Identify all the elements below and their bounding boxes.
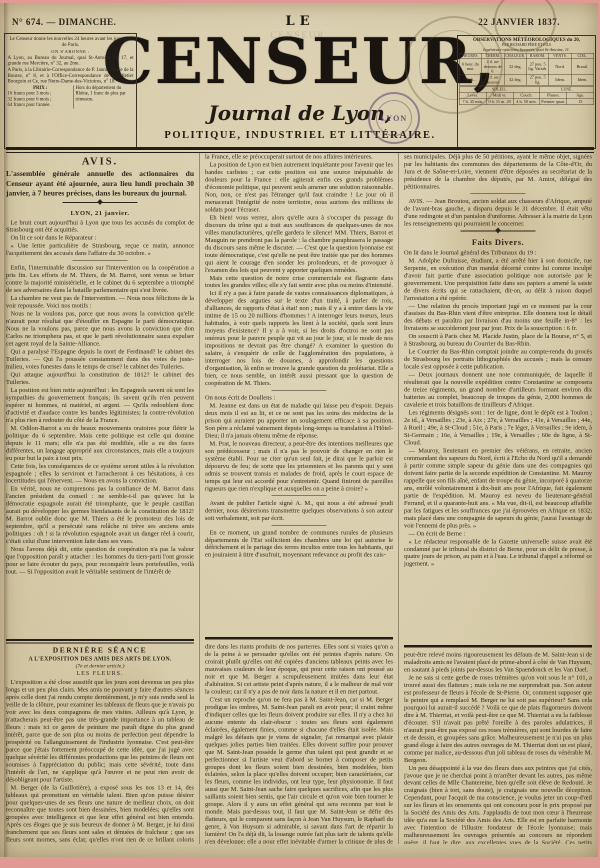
subscription-box: Le Censeur donne les nouvelles 24 heures…: [4, 33, 137, 149]
paragraph: Ici il n'y a pas à faire parade de vaste…: [205, 290, 393, 387]
paragraph: La chambre ne veut pas de l'intervention…: [6, 295, 194, 310]
moon-value: Premier quart.: [540, 99, 567, 105]
paragraph: La position est bien nette aujourd'hui :…: [6, 386, 194, 423]
feuilleton-rule: [205, 637, 393, 640]
paragraph: Qui a paralysé l'Espagne depuis la mort …: [6, 348, 194, 370]
column-2-feuilleton: dire dans les riants produits de nos par…: [205, 637, 393, 844]
price-outside-dept: Hors du département du Rhône, 1 franc de…: [73, 85, 133, 108]
paragraph: M. Odilon-Barrot a eu de beaux mouvement…: [6, 424, 194, 461]
price-section: PRIX : 16 francs pour 3 mois ; 32 francs…: [8, 85, 134, 108]
subscription-header: ON S'ABONNE :: [8, 49, 134, 54]
feuilleton-section: LES FLEURS.: [6, 670, 194, 678]
feuilleton-title: DERNIÈRE SÉANCE: [6, 647, 194, 656]
paragraph: M. Berger (de la Guillotière), a exposé …: [6, 784, 194, 844]
masthead: N° 674. — DIMANCHE. 22 JANVIER 1837. CEN…: [0, 6, 600, 153]
separator: [272, 390, 327, 391]
paragraph: — On écrit de Berne :: [404, 530, 592, 537]
weather-cell: 32 deg.: [504, 74, 526, 85]
paragraph: On lit ce soir dans le Réparateur :: [6, 234, 194, 241]
weather-cell: Idem.: [571, 74, 593, 85]
paragraph: On nous écrit de Doullens :: [205, 394, 393, 401]
paragraph: En vérité, nous ne comprenons pas la con…: [6, 485, 194, 545]
ornament-divider: [461, 230, 536, 234]
column-divider: [199, 153, 200, 844]
moon-value: 15: [567, 99, 594, 105]
paragraph: La position de Lyon est bien autrement i…: [205, 161, 393, 213]
feuilleton-note: (7e et dernier article.): [6, 663, 194, 669]
weather-cell: Brouil.: [571, 59, 593, 75]
paragraph: « Une lettre particulière de Strasbourg,…: [6, 242, 194, 257]
weather-cell: 32 deg.: [504, 59, 526, 75]
paragraph: Mais cette question de notre crise comme…: [205, 274, 393, 289]
feuilleton-subtitle: A L'EXPOSITION DES AMIS DES ARTS DE LYON…: [6, 656, 194, 662]
paragraph: Enfin, l'interminable discussion sur l'i…: [6, 264, 194, 294]
weather-cell: Idem.: [549, 74, 571, 85]
paragraph: En ce moment, un grand nombre de commune…: [205, 529, 393, 559]
paragraph: On souscrit à Paris chez M. Placide Just…: [404, 333, 592, 348]
paragraph: M. Adolphe Dufraisse, étudiant, a été ar…: [404, 257, 592, 302]
sun-value: 4 h. 50 min.: [513, 99, 540, 105]
subscription-paris: A Paris, à la Librairie-Correspondance d…: [8, 67, 134, 84]
newspaper-scan: { "masthead": { "issue": "N° 674. — DIMA…: [0, 0, 600, 868]
ornament-divider: [63, 202, 138, 206]
weather-header: CHALEUR.: [504, 53, 526, 59]
paragraph: ses municipales. Déjà plus de 50 pétitio…: [404, 153, 592, 190]
paragraph: Les régiments désignés sont : 1er de lig…: [404, 409, 592, 446]
dateline: LYON, 21 janvier.: [6, 209, 194, 217]
paragraph: On lit dans le Journal général des Tribu…: [404, 249, 592, 256]
paragraph: Un peu désappointé à la vue des fleurs d…: [404, 764, 592, 844]
paragraph: Nous l'avons déjà dit, cette question de…: [6, 546, 194, 576]
weather-cell: Nord.: [549, 59, 571, 75]
paragraph: Nous ne la voulons pas, parce que nous a…: [6, 310, 194, 347]
paragraph: M. Prat, le nouveau directeur, a peut-êt…: [205, 440, 393, 492]
separator: [73, 260, 128, 261]
avis-heading: AVIS.: [6, 155, 194, 168]
paragraph: peut-être relevé moins rigoureusement le…: [404, 651, 592, 673]
paragraph: la France, elle se préoccuperait surtout…: [205, 153, 393, 160]
column-1-feuilleton: DERNIÈRE SÉANCEA L'EXPOSITION DES AMIS D…: [6, 639, 194, 844]
paragraph: Eh bien! vous verrez, alors qu'elle aura…: [205, 214, 393, 274]
paragraph: Je ne sais si cette gerbe de roses trémi…: [404, 674, 592, 764]
paragraph: Le bruit court aujourd'hui à Lyon que to…: [6, 219, 194, 234]
subscription-lyon: A Lyon, au Bureau du Journal, quai St-An…: [8, 55, 134, 66]
paragraph: AVIS. — Jean Broutou, ancien soldat aux …: [404, 197, 592, 227]
column-1-top: AVIS.L'assemblée générale annuelle des a…: [6, 155, 194, 576]
avis-text: L'assemblée générale annuelle des action…: [6, 170, 194, 199]
paragraph: dire dans les riants produits de nos par…: [205, 643, 393, 695]
column-3-top: ses municipales. Déjà plus de 50 pétitio…: [404, 153, 592, 568]
paragraph: Cette fois, les conséquences de ce systè…: [6, 462, 194, 484]
paragraph: L'exposition a été close aussitôt que le…: [6, 679, 194, 784]
separator: [272, 525, 327, 526]
paragraph: M. Jeanne est dans un état de maladie qu…: [205, 402, 393, 439]
masthead-rule: [6, 147, 594, 150]
article-columns: AVIS.L'assemblée générale annuelle des a…: [6, 153, 592, 844]
feuilleton-rule: [404, 645, 592, 648]
paragraph: — Deux journaux donnent une note communi…: [404, 371, 592, 408]
weather-cell: 27 pou. 5 lig. Variab.: [526, 59, 548, 75]
column-1: AVIS.L'assemblée générale annuelle des a…: [6, 153, 194, 844]
faits-divers-heading: Faits Divers.: [404, 237, 592, 247]
paragraph: Qui attaque aujourd'hui la constitution …: [6, 371, 194, 386]
column-divider: [398, 153, 399, 844]
paragraph: — Mauroy, lieutenant en premier des vété…: [404, 447, 592, 529]
sun-value: 0 h. 11 m. 29: [486, 99, 513, 105]
column-3-feuilleton: peut-être relevé moins rigoureusement le…: [404, 645, 592, 844]
library-stamp-icon: LYON: [368, 92, 420, 144]
column-3: ses municipales. Déjà plus de 50 pétitio…: [404, 153, 592, 844]
subscription-note: Le Censeur donne les nouvelles 24 heures…: [8, 36, 134, 48]
paragraph: Avant de publier l'article signé A. M., …: [205, 499, 393, 521]
price-year: 64 francs pour l'année.: [8, 103, 74, 109]
paragraph: « Le rédacteur responsable de la Gazette…: [404, 538, 592, 568]
feuilleton-rule: [6, 639, 194, 644]
paragraph: C'est un reproche qu'on ne fera pas à M.…: [205, 696, 393, 844]
separator: [471, 193, 526, 194]
newspaper-page: N° 674. — DIMANCHE. 22 JANVIER 1837. CEN…: [0, 3, 598, 857]
paragraph: — Une relation du procès important jugé …: [404, 302, 592, 332]
postal-stamp-icon: [405, 16, 503, 114]
separator: [272, 495, 327, 496]
paragraph: Le Courrier du Bas-Rhin comptait joindre…: [404, 348, 592, 370]
column-2-top: la France, elle se préoccuperait surtout…: [205, 153, 393, 559]
column-2: la France, elle se préoccuperait surtout…: [205, 153, 393, 844]
weather-cell: 27 pou. 5 lig.: [526, 74, 548, 85]
